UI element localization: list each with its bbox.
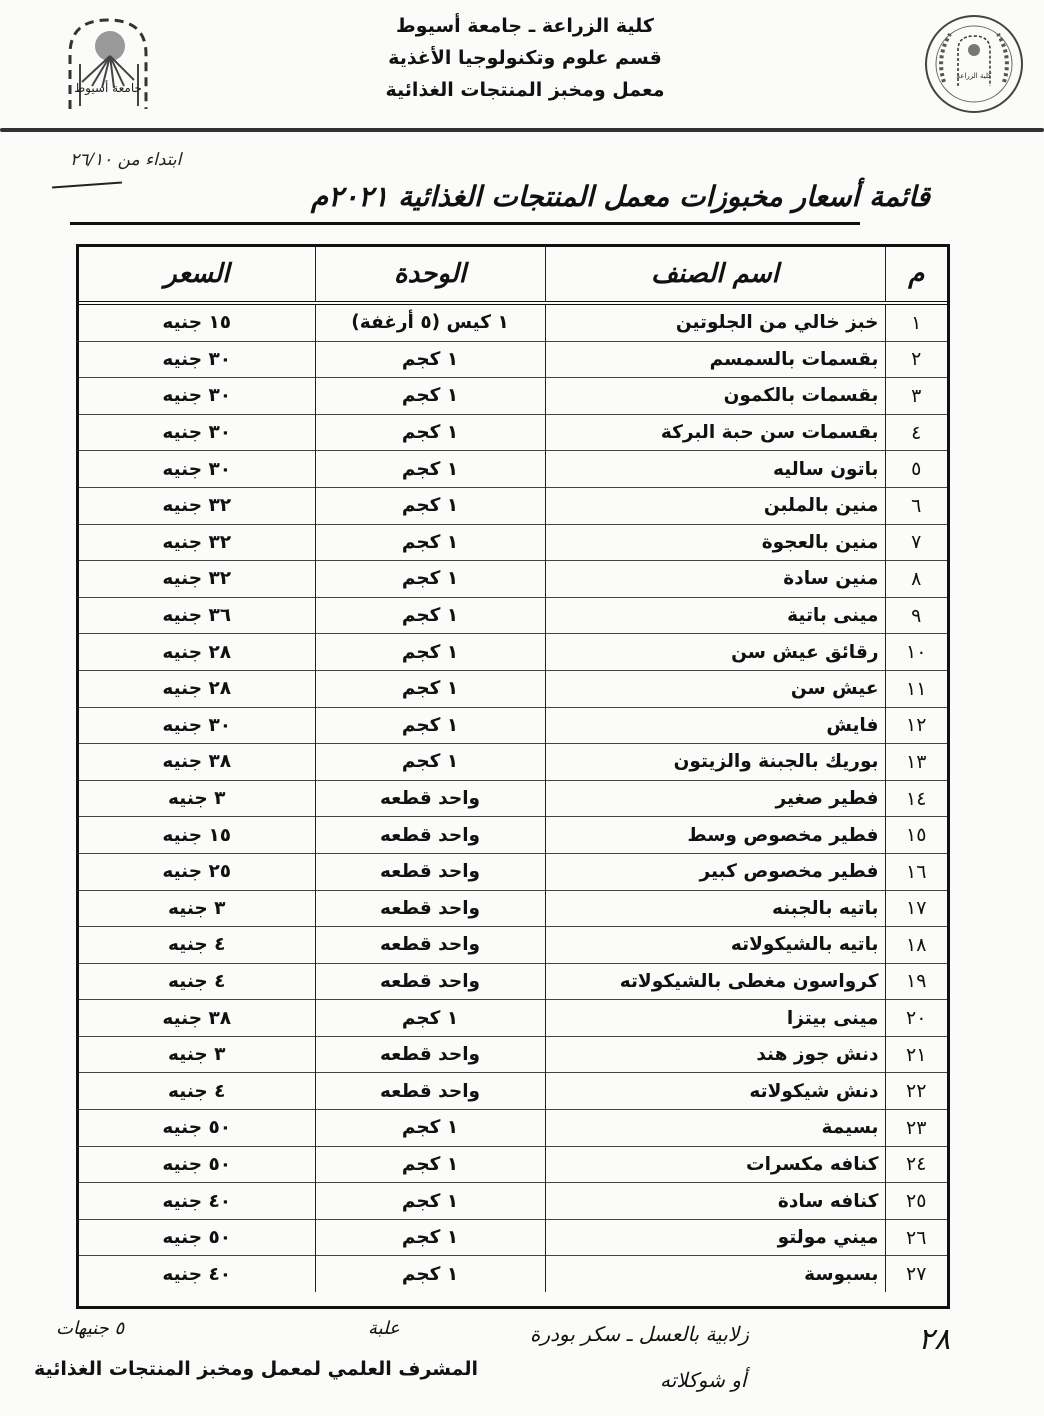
item-price: ٣٢ جنيه: [79, 561, 315, 598]
item-name: منين سادة: [545, 561, 885, 598]
handwritten-effective-date: ابتداء من ٢٦/١٠: [70, 150, 181, 170]
row-number: ٧: [885, 524, 947, 561]
item-unit: ١ كجم: [315, 487, 545, 524]
item-name: ميني مولتو: [545, 1219, 885, 1256]
item-price: ٣٠ جنيه: [79, 451, 315, 488]
table-row: ٩مينى باتية١ كجم٣٦ جنيه: [79, 597, 947, 634]
handwritten-item-name: زلابية بالعسل ـ سكر بودرة: [530, 1322, 749, 1346]
item-unit: واحد قطعه: [315, 1073, 545, 1110]
department-name: قسم علوم وتكنولوجيا الأغذية: [380, 42, 670, 74]
row-number: ١٧: [885, 890, 947, 927]
row-number: ١٤: [885, 780, 947, 817]
table-row: ٢١دنش جوز هندواحد قطعه٣ جنيه: [79, 1036, 947, 1073]
item-price: ٣ جنيه: [79, 780, 315, 817]
item-price: ٣٠ جنيه: [79, 341, 315, 378]
faculty-of-agriculture-seal: كلية الزراعة: [922, 12, 1026, 116]
table-row: ١٤فطير صغيرواحد قطعه٣ جنيه: [79, 780, 947, 817]
lab-name: معمل ومخبز المنتجات الغذائية: [380, 74, 670, 106]
item-name: مينى باتية: [545, 597, 885, 634]
table-row: ٢٧بسبوسة١ كجم٤٠ جنيه: [79, 1256, 947, 1292]
table-row: ١٣بوريك بالجبنة والزيتون١ كجم٣٨ جنيه: [79, 744, 947, 781]
item-price: ٣٠ جنيه: [79, 707, 315, 744]
row-number: ١٢: [885, 707, 947, 744]
item-price: ٣ جنيه: [79, 1036, 315, 1073]
item-price: ٣ جنيه: [79, 890, 315, 927]
table-row: ١١عيش سن١ كجم٢٨ جنيه: [79, 670, 947, 707]
item-price: ٢٥ جنيه: [79, 853, 315, 890]
table-row: ٢٦ميني مولتو١ كجم٥٠ جنيه: [79, 1219, 947, 1256]
table-row: ٢٢دنش شيكولاتهواحد قطعه٤ جنيه: [79, 1073, 947, 1110]
item-price: ٣٠ جنيه: [79, 378, 315, 415]
footer: ٢٨ زلابية بالعسل ـ سكر بودرة أو شوكلاته …: [0, 1318, 1044, 1416]
handwritten-item-unit: علبة: [368, 1318, 400, 1339]
item-unit: ١ كجم: [315, 1000, 545, 1037]
item-name: دنش جوز هند: [545, 1036, 885, 1073]
faculty-name: كلية الزراعة ـ جامعة أسيوط: [380, 10, 670, 42]
row-number: ١٣: [885, 744, 947, 781]
item-name: منين بالعجوة: [545, 524, 885, 561]
item-price: ٥٠ جنيه: [79, 1110, 315, 1147]
item-name: بقسمات سن حبة البركة: [545, 414, 885, 451]
title-underline: [70, 222, 860, 225]
row-number: ٢٦: [885, 1219, 947, 1256]
price-table: م اسم الصنف الوحدة السعر ١خبز خالي من ال…: [76, 244, 950, 1309]
item-unit: ١ كجم: [315, 597, 545, 634]
item-price: ١٥ جنيه: [79, 303, 315, 341]
table-row: ٥باتون ساليه١ كجم٣٠ جنيه: [79, 451, 947, 488]
item-unit: ١ كجم: [315, 561, 545, 598]
item-price: ٤ جنيه: [79, 963, 315, 1000]
item-name: بقسمات بالسمسم: [545, 341, 885, 378]
item-unit: ١ كيس (٥ أرغفة): [315, 303, 545, 341]
table-row: ٢٥كنافه سادة١ كجم٤٠ جنيه: [79, 1183, 947, 1220]
item-unit: ١ كجم: [315, 1219, 545, 1256]
table-row: ١٦فطير مخصوص كبيرواحد قطعه٢٥ جنيه: [79, 853, 947, 890]
item-name: بوريك بالجبنة والزيتون: [545, 744, 885, 781]
table-row: ١٠رقائق عيش سن١ كجم٢٨ جنيه: [79, 634, 947, 671]
table-row: ٢٣بسيمة١ كجم٥٠ جنيه: [79, 1110, 947, 1147]
column-header-item-name: اسم الصنف: [545, 247, 885, 303]
svg-text:جامعة أسيوط: جامعة أسيوط: [74, 80, 142, 96]
row-number: ٢٢: [885, 1073, 947, 1110]
item-name: فايش: [545, 707, 885, 744]
svg-text:كلية الزراعة: كلية الزراعة: [957, 72, 993, 80]
row-number: ٤: [885, 414, 947, 451]
table-body: ١خبز خالي من الجلوتين١ كيس (٥ أرغفة)١٥ ج…: [79, 303, 947, 1292]
table-row: ١٢فايش١ كجم٣٠ جنيه: [79, 707, 947, 744]
table-row: ١٧باتيه بالجبنهواحد قطعه٣ جنيه: [79, 890, 947, 927]
item-price: ٥٠ جنيه: [79, 1219, 315, 1256]
item-unit: ١ كجم: [315, 414, 545, 451]
item-price: ٣٠ جنيه: [79, 414, 315, 451]
item-price: ٤٠ جنيه: [79, 1256, 315, 1292]
item-unit: ١ كجم: [315, 707, 545, 744]
table-row: ٨منين سادة١ كجم٣٢ جنيه: [79, 561, 947, 598]
row-number: ١٨: [885, 927, 947, 964]
item-name: عيش سن: [545, 670, 885, 707]
item-unit: ١ كجم: [315, 1146, 545, 1183]
assiut-university-logo: جامعة أسيوط: [58, 14, 158, 114]
item-price: ٣٨ جنيه: [79, 744, 315, 781]
table-row: ٧منين بالعجوة١ كجم٣٢ جنيه: [79, 524, 947, 561]
table-row: ٢بقسمات بالسمسم١ كجم٣٠ جنيه: [79, 341, 947, 378]
item-unit: ١ كجم: [315, 378, 545, 415]
item-name: فطير مخصوص وسط: [545, 817, 885, 854]
item-unit: ١ كجم: [315, 1256, 545, 1292]
row-number: ٩: [885, 597, 947, 634]
table-row: ١٥فطير مخصوص وسطواحد قطعه١٥ جنيه: [79, 817, 947, 854]
item-name: مينى بيتزا: [545, 1000, 885, 1037]
item-name: بقسمات بالكمون: [545, 378, 885, 415]
document-title: قائمة أسعار مخبوزات معمل المنتجات الغذائ…: [70, 180, 930, 213]
item-name: باتون ساليه: [545, 451, 885, 488]
item-name: باتيه بالشيكولاته: [545, 927, 885, 964]
item-unit: ١ كجم: [315, 451, 545, 488]
row-number: ٦: [885, 487, 947, 524]
item-price: ٢٨ جنيه: [79, 670, 315, 707]
row-number: ٢: [885, 341, 947, 378]
item-name: فطير صغير: [545, 780, 885, 817]
item-price: ٣٢ جنيه: [79, 487, 315, 524]
item-name: كرواسون مغطى بالشيكولاته: [545, 963, 885, 1000]
row-number: ١٩: [885, 963, 947, 1000]
item-name: باتيه بالجبنه: [545, 890, 885, 927]
handwritten-item-price: ٥ جنيهات: [56, 1318, 124, 1339]
item-unit: ١ كجم: [315, 1110, 545, 1147]
item-name: بسبوسة: [545, 1256, 885, 1292]
item-unit: واحد قطعه: [315, 1036, 545, 1073]
table-row: ٢٠مينى بيتزا١ كجم٣٨ جنيه: [79, 1000, 947, 1037]
handwritten-item-name-continued: أو شوكلاته: [660, 1368, 746, 1392]
item-unit: ١ كجم: [315, 341, 545, 378]
item-name: كنافه مكسرات: [545, 1146, 885, 1183]
table-row: ١٨باتيه بالشيكولاتهواحد قطعه٤ جنيه: [79, 927, 947, 964]
item-price: ١٥ جنيه: [79, 817, 315, 854]
item-name: دنش شيكولاته: [545, 1073, 885, 1110]
item-price: ٣٢ جنيه: [79, 524, 315, 561]
table-row: ٣بقسمات بالكمون١ كجم٣٠ جنيه: [79, 378, 947, 415]
item-name: منين بالملبن: [545, 487, 885, 524]
item-name: فطير مخصوص كبير: [545, 853, 885, 890]
item-unit: ١ كجم: [315, 524, 545, 561]
row-number: ٢٥: [885, 1183, 947, 1220]
row-number: ٢٠: [885, 1000, 947, 1037]
column-header-price: السعر: [79, 247, 315, 303]
row-number: ١٦: [885, 853, 947, 890]
supervisor-signature-label: المشرف العلمي لمعمل ومخبز المنتجات الغذا…: [0, 1358, 478, 1380]
item-name: بسيمة: [545, 1110, 885, 1147]
item-price: ٣٦ جنيه: [79, 597, 315, 634]
item-unit: ١ كجم: [315, 634, 545, 671]
row-number: ٣: [885, 378, 947, 415]
row-number: ١٥: [885, 817, 947, 854]
item-unit: ١ كجم: [315, 1183, 545, 1220]
table-header-row: م اسم الصنف الوحدة السعر: [79, 247, 947, 303]
row-number: ٢٧: [885, 1256, 947, 1292]
item-unit: واحد قطعه: [315, 780, 545, 817]
item-name: رقائق عيش سن: [545, 634, 885, 671]
table-row: ١خبز خالي من الجلوتين١ كيس (٥ أرغفة)١٥ ج…: [79, 303, 947, 341]
header-divider: [0, 128, 1044, 132]
column-header-unit: الوحدة: [315, 247, 545, 303]
item-price: ٢٨ جنيه: [79, 634, 315, 671]
row-number: ١١: [885, 670, 947, 707]
item-name: خبز خالي من الجلوتين: [545, 303, 885, 341]
item-name: كنافه سادة: [545, 1183, 885, 1220]
row-number: ٨: [885, 561, 947, 598]
item-unit: واحد قطعه: [315, 890, 545, 927]
row-number: ١٠: [885, 634, 947, 671]
item-price: ٤٠ جنيه: [79, 1183, 315, 1220]
handwritten-row-number: ٢٨: [918, 1322, 950, 1357]
row-number: ١: [885, 303, 947, 341]
item-price: ٣٨ جنيه: [79, 1000, 315, 1037]
item-price: ٤ جنيه: [79, 927, 315, 964]
table-row: ٢٤كنافه مكسرات١ كجم٥٠ جنيه: [79, 1146, 947, 1183]
item-unit: ١ كجم: [315, 744, 545, 781]
item-unit: واحد قطعه: [315, 853, 545, 890]
table-row: ٤بقسمات سن حبة البركة١ كجم٣٠ جنيه: [79, 414, 947, 451]
row-number: ٢١: [885, 1036, 947, 1073]
item-unit: واحد قطعه: [315, 963, 545, 1000]
item-unit: ١ كجم: [315, 670, 545, 707]
institution-header: كلية الزراعة ـ جامعة أسيوط قسم علوم وتكن…: [380, 10, 670, 106]
item-price: ٤ جنيه: [79, 1073, 315, 1110]
item-unit: واحد قطعه: [315, 927, 545, 964]
item-unit: واحد قطعه: [315, 817, 545, 854]
row-number: ٢٤: [885, 1146, 947, 1183]
column-header-number: م: [885, 247, 947, 303]
item-price: ٥٠ جنيه: [79, 1146, 315, 1183]
row-number: ٥: [885, 451, 947, 488]
table-row: ٦منين بالملبن١ كجم٣٢ جنيه: [79, 487, 947, 524]
row-number: ٢٣: [885, 1110, 947, 1147]
table-row: ١٩كرواسون مغطى بالشيكولاتهواحد قطعه٤ جني…: [79, 963, 947, 1000]
